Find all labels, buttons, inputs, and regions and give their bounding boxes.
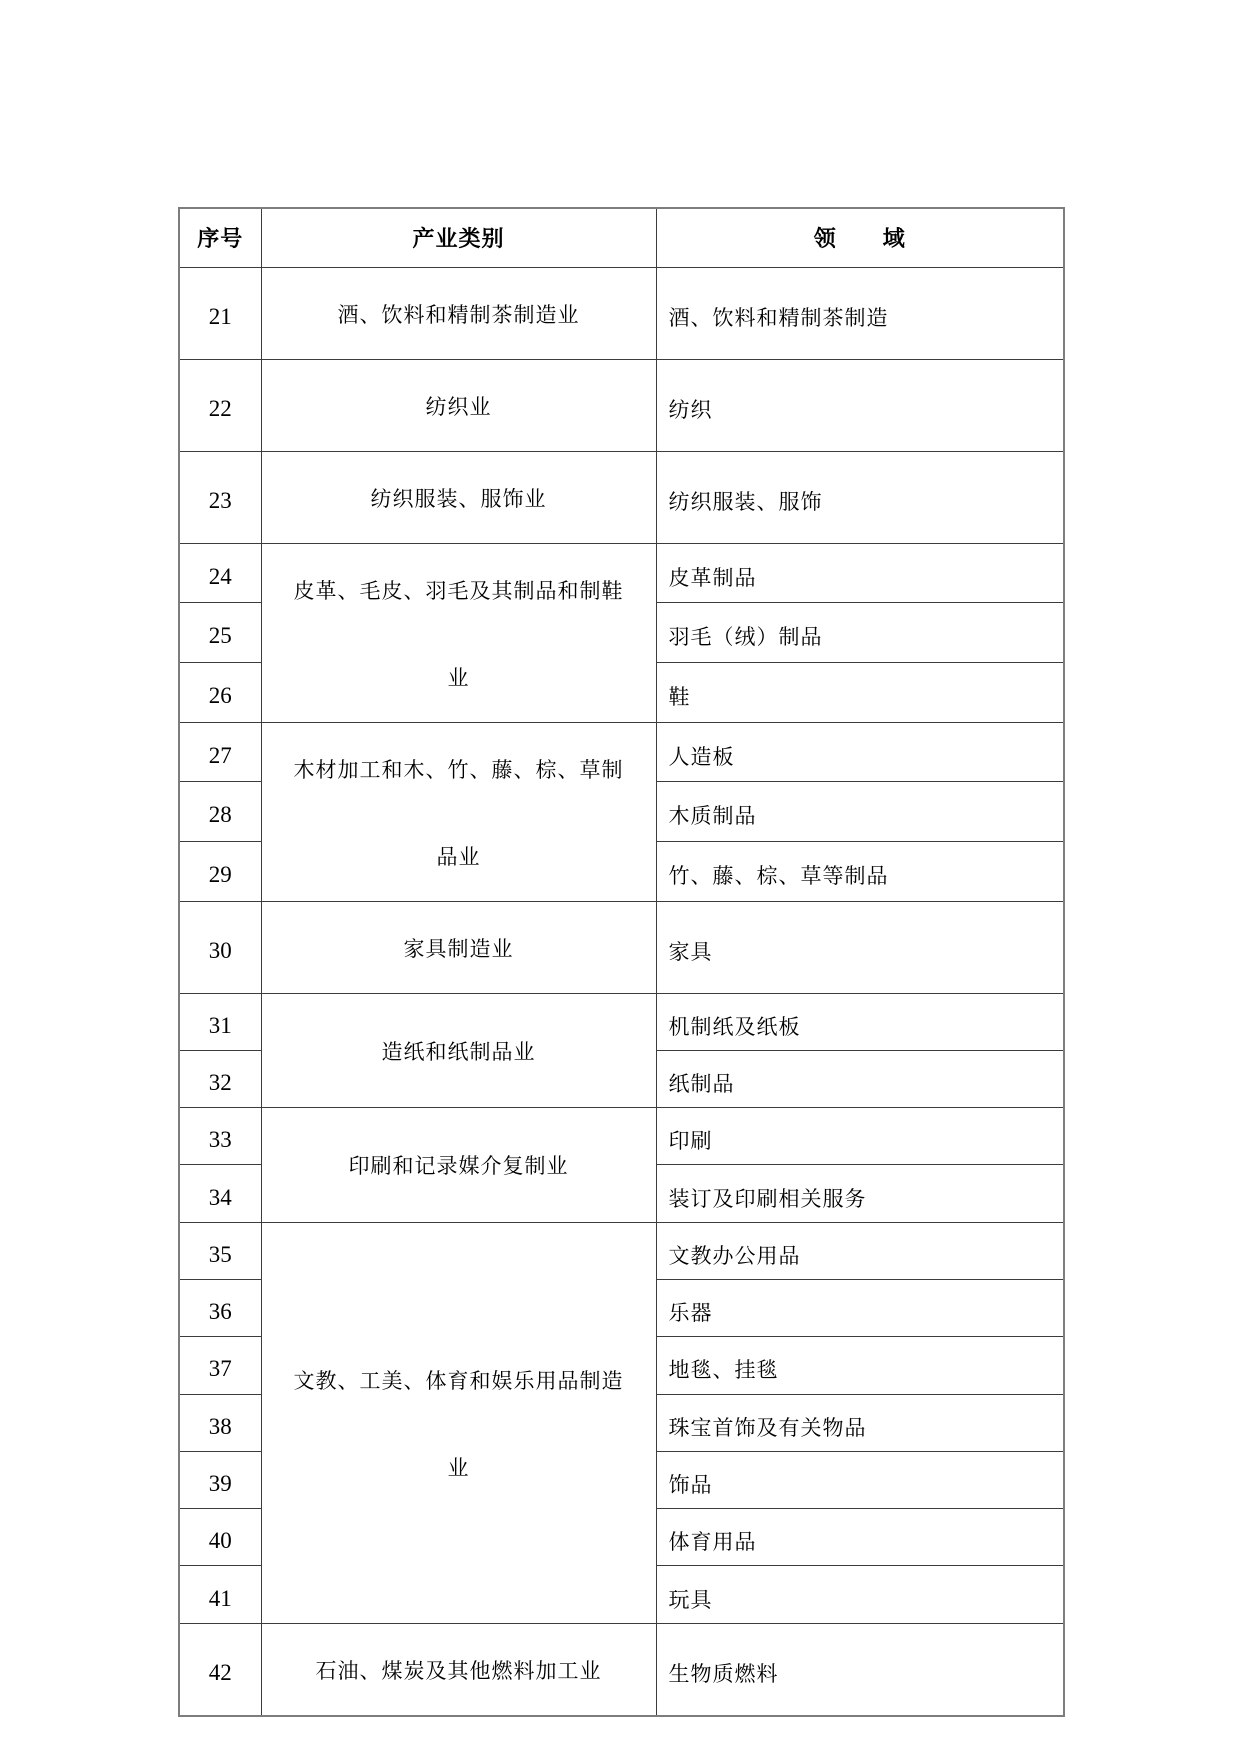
category-cell: 酒、饮料和精制茶制造业 (261, 267, 656, 359)
table-row: 24 皮革、毛皮、羽毛及其制品和制鞋业 皮革制品 (179, 543, 1064, 603)
field-cell: 饰品 (656, 1451, 1064, 1508)
table-row: 22 纺织业 纺织 (179, 359, 1064, 451)
category-cell: 文教、工美、体育和娱乐用品制造业 (261, 1222, 656, 1623)
row-number: 34 (179, 1165, 261, 1222)
category-text: 酒、饮料和精制茶制造业 (338, 272, 580, 359)
table-row: 21 酒、饮料和精制茶制造业 酒、饮料和精制茶制造 (179, 267, 1064, 359)
table-row: 30 家具制造业 家具 (179, 901, 1064, 993)
field-cell: 纸制品 (656, 1050, 1064, 1107)
field-cell: 酒、饮料和精制茶制造 (656, 267, 1064, 359)
field-cell: 生物质燃料 (656, 1623, 1064, 1716)
field-cell: 木质制品 (656, 782, 1064, 842)
row-number: 40 (179, 1509, 261, 1566)
field-cell: 珠宝首饰及有关物品 (656, 1394, 1064, 1451)
category-text: 石油、煤炭及其他燃料加工业 (316, 1628, 602, 1715)
category-text: 纺织业 (426, 364, 492, 451)
field-cell: 家具 (656, 901, 1064, 993)
field-cell: 人造板 (656, 722, 1064, 782)
row-number: 36 (179, 1279, 261, 1336)
table-row: 23 纺织服装、服饰业 纺织服装、服饰 (179, 451, 1064, 543)
category-text: 造纸和纸制品业 (382, 1009, 536, 1096)
header-category: 产业类别 (261, 208, 656, 267)
table-header-row: 序号 产业类别 领 域 (179, 208, 1064, 267)
row-number: 31 (179, 993, 261, 1050)
field-cell: 竹、藤、棕、草等制品 (656, 841, 1064, 901)
row-number: 26 (179, 662, 261, 722)
field-cell: 体育用品 (656, 1509, 1064, 1566)
field-cell: 纺织 (656, 359, 1064, 451)
row-number: 38 (179, 1394, 261, 1451)
category-cell: 家具制造业 (261, 901, 656, 993)
row-number: 29 (179, 841, 261, 901)
row-number: 37 (179, 1337, 261, 1394)
table-row: 35 文教、工美、体育和娱乐用品制造业 文教办公用品 (179, 1222, 1064, 1279)
row-number: 42 (179, 1623, 261, 1716)
row-number: 35 (179, 1222, 261, 1279)
row-number: 28 (179, 782, 261, 842)
row-number: 33 (179, 1108, 261, 1165)
field-cell: 乐器 (656, 1279, 1064, 1336)
field-cell: 羽毛（绒）制品 (656, 603, 1064, 663)
industry-category-table: 序号 产业类别 领 域 21 酒、饮料和精制茶制造业 酒、饮料和精制茶制造 22… (178, 207, 1065, 1717)
row-number: 25 (179, 603, 261, 663)
table-row: 31 造纸和纸制品业 机制纸及纸板 (179, 993, 1064, 1050)
category-text: 纺织服装、服饰业 (371, 456, 547, 543)
category-cell: 木材加工和木、竹、藤、棕、草制品业 (261, 722, 656, 901)
category-text: 皮革、毛皮、羽毛及其制品和制鞋业 (290, 548, 628, 722)
field-cell: 纺织服装、服饰 (656, 451, 1064, 543)
category-cell: 石油、煤炭及其他燃料加工业 (261, 1623, 656, 1716)
field-cell: 机制纸及纸板 (656, 993, 1064, 1050)
header-field: 领 域 (656, 208, 1064, 267)
header-no: 序号 (179, 208, 261, 267)
table-row: 42 石油、煤炭及其他燃料加工业 生物质燃料 (179, 1623, 1064, 1716)
category-text: 文教、工美、体育和娱乐用品制造业 (290, 1338, 628, 1512)
category-cell: 纺织服装、服饰业 (261, 451, 656, 543)
row-number: 27 (179, 722, 261, 782)
row-number: 39 (179, 1451, 261, 1508)
category-text: 印刷和记录媒介复制业 (349, 1123, 569, 1210)
table-row: 33 印刷和记录媒介复制业 印刷 (179, 1108, 1064, 1165)
category-cell: 皮革、毛皮、羽毛及其制品和制鞋业 (261, 543, 656, 722)
field-cell: 鞋 (656, 662, 1064, 722)
table-row: 27 木材加工和木、竹、藤、棕、草制品业 人造板 (179, 722, 1064, 782)
field-cell: 印刷 (656, 1108, 1064, 1165)
field-cell: 皮革制品 (656, 543, 1064, 603)
row-number: 41 (179, 1566, 261, 1623)
field-cell: 地毯、挂毯 (656, 1337, 1064, 1394)
row-number: 30 (179, 901, 261, 993)
category-cell: 纺织业 (261, 359, 656, 451)
row-number: 22 (179, 359, 261, 451)
row-number: 23 (179, 451, 261, 543)
field-cell: 玩具 (656, 1566, 1064, 1623)
category-text: 木材加工和木、竹、藤、棕、草制品业 (290, 727, 628, 901)
field-cell: 装订及印刷相关服务 (656, 1165, 1064, 1222)
row-number: 21 (179, 267, 261, 359)
category-text: 家具制造业 (404, 906, 514, 993)
field-cell: 文教办公用品 (656, 1222, 1064, 1279)
document-page: 序号 产业类别 领 域 21 酒、饮料和精制茶制造业 酒、饮料和精制茶制造 22… (0, 0, 1241, 1754)
category-cell: 造纸和纸制品业 (261, 993, 656, 1108)
row-number: 32 (179, 1050, 261, 1107)
row-number: 24 (179, 543, 261, 603)
category-cell: 印刷和记录媒介复制业 (261, 1108, 656, 1223)
